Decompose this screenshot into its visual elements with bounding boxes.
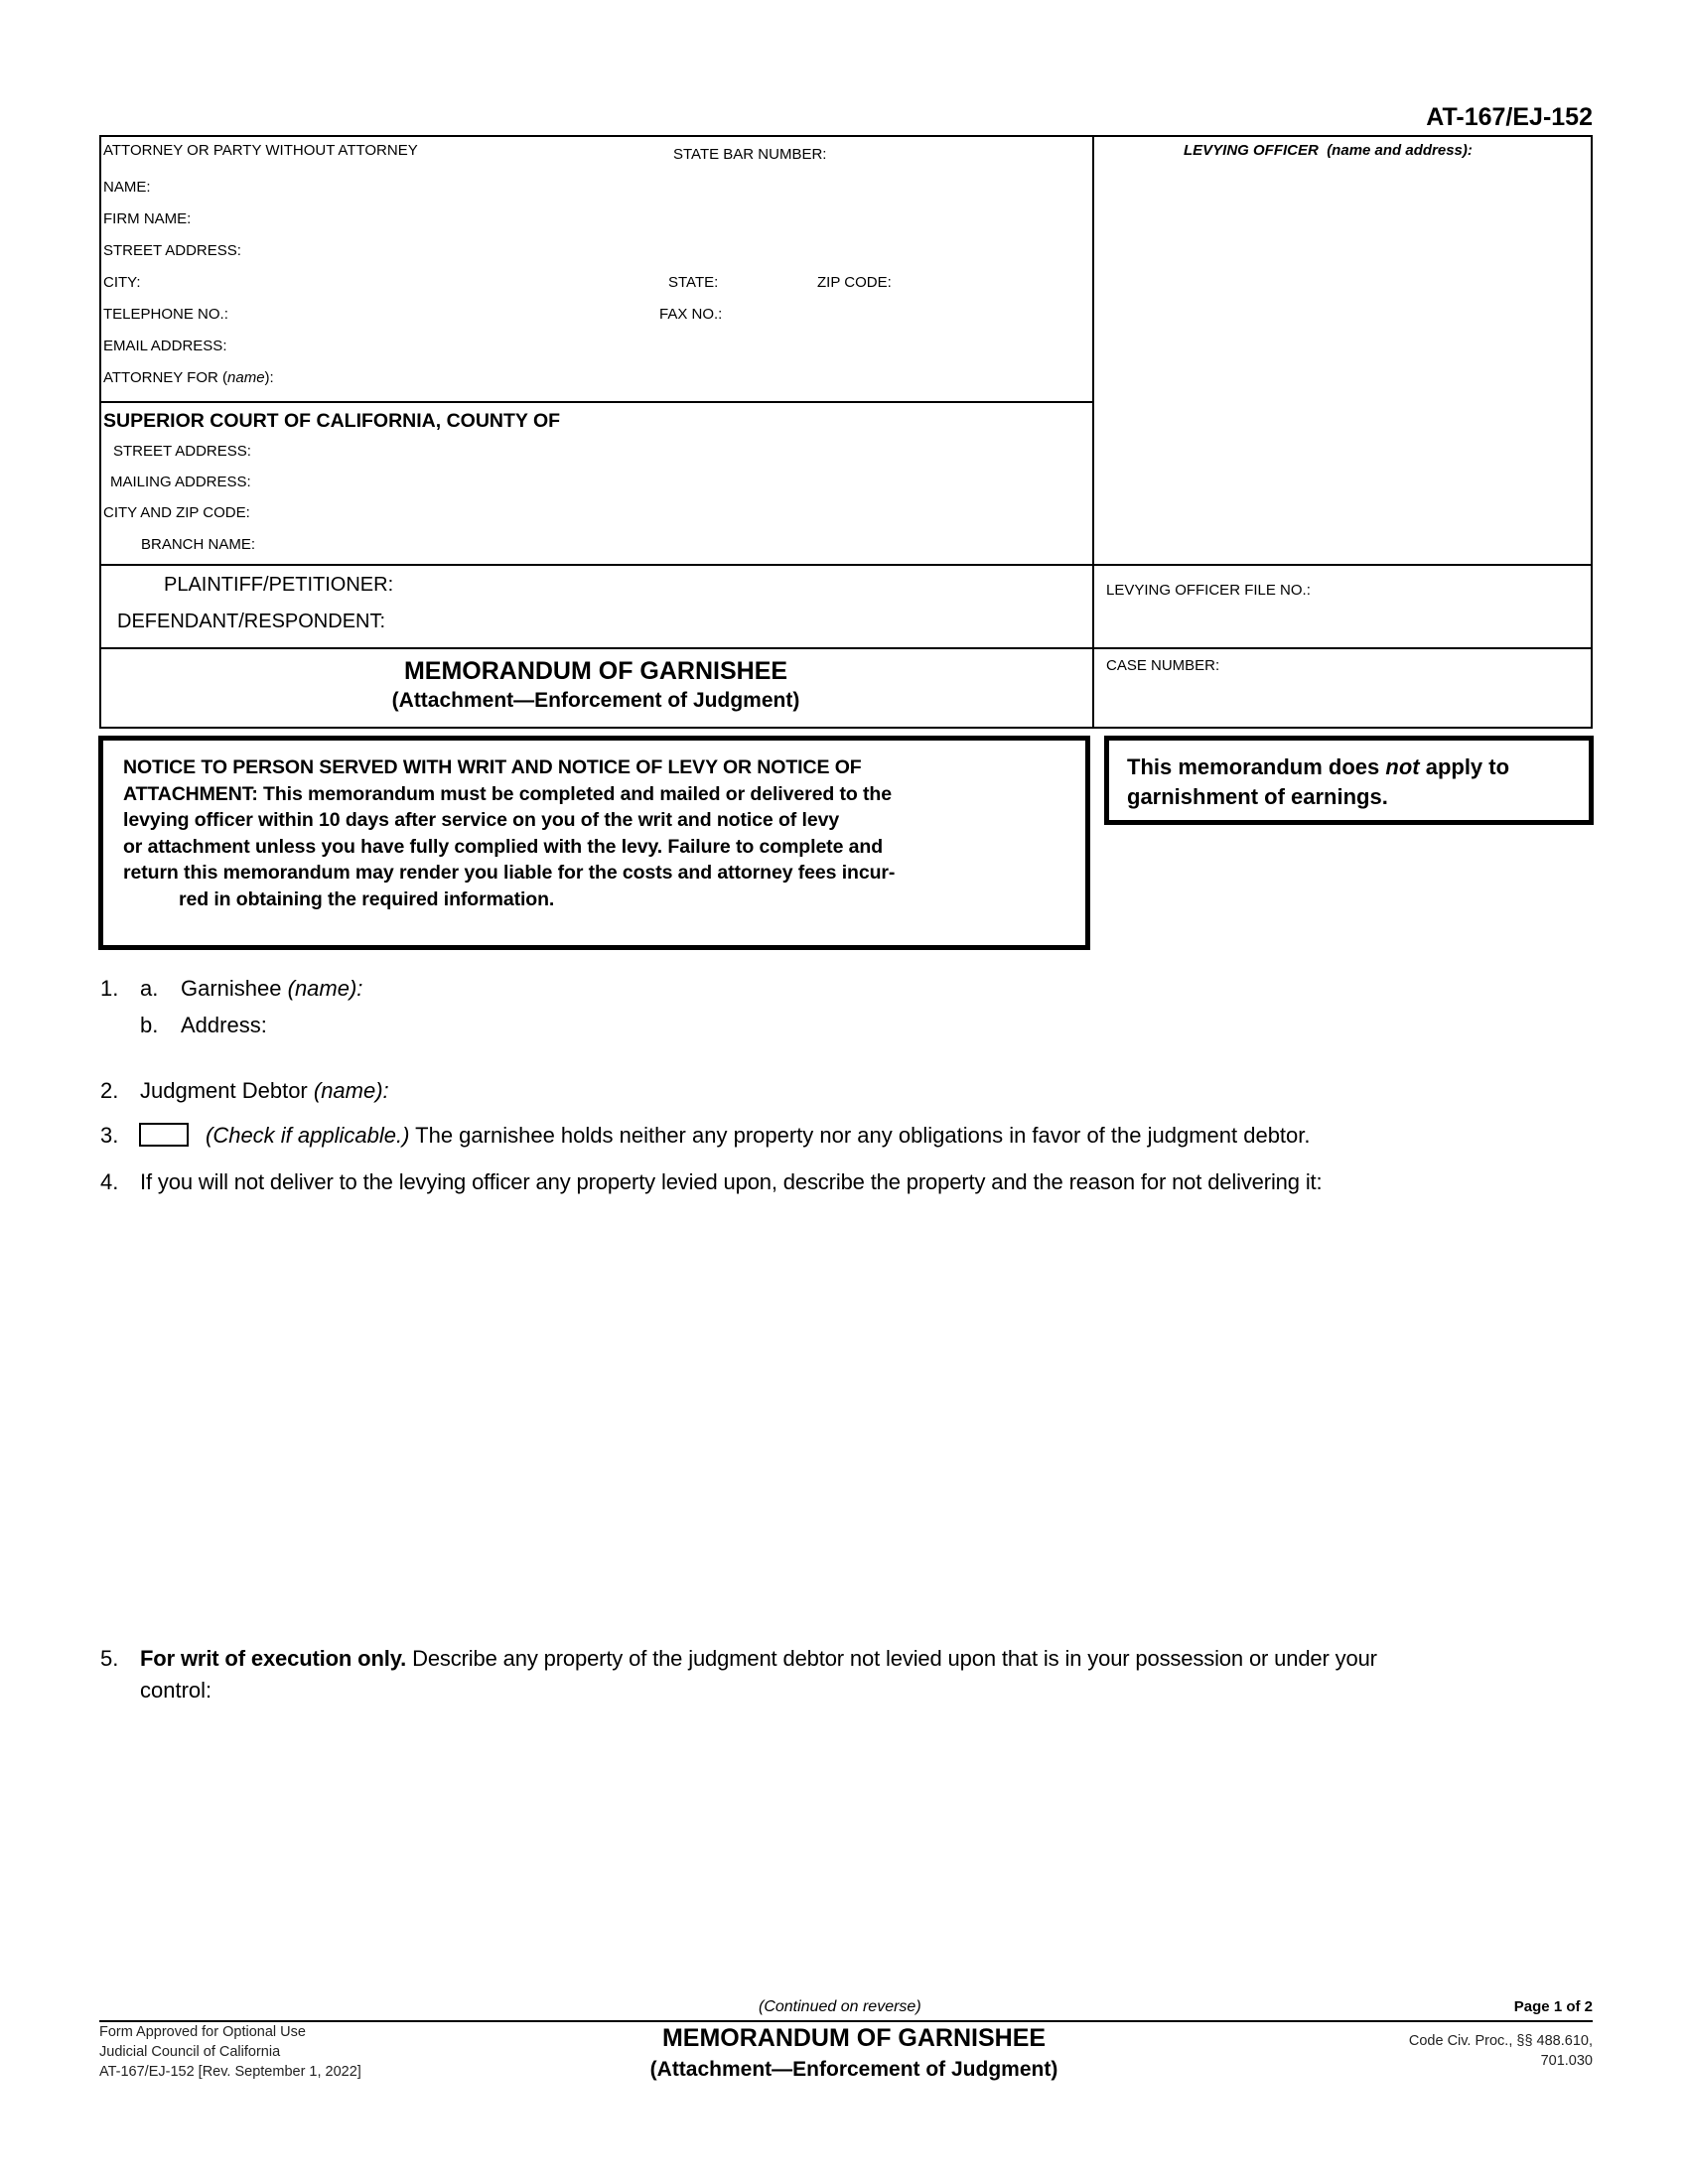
continued-note: (Continued on reverse) <box>759 1998 921 2016</box>
notice-line-3: levying officer within 10 days after ser… <box>123 807 1017 834</box>
attorney-city-input[interactable] <box>149 271 659 295</box>
earnings-notice-box: This memorandum does not apply to garnis… <box>1104 736 1594 825</box>
no-property-checkbox[interactable] <box>139 1123 189 1147</box>
fax-label: FAX NO.: <box>659 306 722 323</box>
levying-officer-heading-suffix: (name and address): <box>1327 142 1473 159</box>
attorney-state-input[interactable] <box>730 271 813 295</box>
notice-line-5: return this memorandum may render you li… <box>123 860 1017 887</box>
court-branch-input[interactable] <box>278 533 1086 557</box>
footer-rule <box>99 2020 1593 2022</box>
page-number: Page 1 of 2 <box>1514 1998 1593 2015</box>
email-label: EMAIL ADDRESS: <box>103 338 226 354</box>
form-subtitle: (Attachment—Enforcement of Judgment) <box>99 689 1092 713</box>
item-3-text: (Check if applicable.) The garnishee hol… <box>206 1123 1311 1149</box>
case-number-label: CASE NUMBER: <box>1106 657 1219 674</box>
levying-officer-input[interactable] <box>1104 167 1585 558</box>
court-branch-label: BRANCH NAME: <box>141 536 255 553</box>
header-top-border <box>99 135 1593 137</box>
telephone-label: TELEPHONE NO.: <box>103 306 228 323</box>
levying-officer-file-label: LEVYING OFFICER FILE NO.: <box>1106 582 1311 599</box>
garnishee-label-italic: (name): <box>288 976 363 1001</box>
state-bar-input[interactable] <box>854 143 1086 167</box>
header-bottom-border <box>99 727 1593 729</box>
item-5-bold: For writ of execution only. <box>140 1646 406 1671</box>
attorney-heading: ATTORNEY OR PARTY WITHOUT ATTORNEY <box>103 142 418 159</box>
item-1a-letter: a. <box>140 976 158 1002</box>
state-label: STATE: <box>668 274 718 291</box>
item-1-number: 1. <box>100 976 118 1002</box>
judgment-debtor-label: Judgment Debtor <box>140 1078 314 1103</box>
attorney-street-input[interactable] <box>260 239 1086 263</box>
code-line-2: 701.030 <box>1541 2053 1593 2069</box>
item-2-label: Judgment Debtor (name): <box>140 1078 389 1104</box>
header-column-divider <box>1092 135 1094 729</box>
garnishee-address-input[interactable] <box>288 1011 1593 1068</box>
property-not-delivered-input[interactable] <box>140 1206 1594 1627</box>
court-city-zip-label: CITY AND ZIP CODE: <box>103 504 250 521</box>
defendant-label: DEFENDANT/RESPONDENT: <box>117 611 385 633</box>
garnishee-label: Garnishee <box>181 976 288 1001</box>
earnings-notice-prefix: This memorandum does <box>1127 754 1385 779</box>
judgment-debtor-input[interactable] <box>437 1075 1593 1105</box>
form-title: MEMORANDUM OF GARNISHEE <box>99 657 1092 686</box>
earnings-notice-suffix: apply to <box>1420 754 1509 779</box>
fax-input[interactable] <box>737 303 1086 327</box>
earnings-notice-italic: not <box>1385 754 1419 779</box>
defendant-input[interactable] <box>427 609 1086 636</box>
attorney-for-italic: name <box>227 369 265 386</box>
levying-officer-file-input[interactable] <box>1106 606 1585 637</box>
court-mailing-input[interactable] <box>278 471 1086 494</box>
email-input[interactable] <box>248 335 1086 358</box>
attorney-for-label: ATTORNEY FOR (name): <box>103 369 274 386</box>
case-number-input[interactable] <box>1106 683 1585 717</box>
attorney-zip-input[interactable] <box>906 271 1086 295</box>
item-1b-letter: b. <box>140 1013 158 1038</box>
court-divider <box>99 401 1094 403</box>
header-right-border <box>1591 135 1593 729</box>
notice-box: NOTICE TO PERSON SERVED WITH WRIT AND NO… <box>98 736 1090 950</box>
attorney-for-input[interactable] <box>300 366 1086 390</box>
parties-divider <box>99 564 1593 566</box>
court-street-label: STREET ADDRESS: <box>113 443 251 460</box>
zip-label: ZIP CODE: <box>817 274 892 291</box>
notice-return-line: red in obtaining the required informatio… <box>123 887 1017 913</box>
approved-line-2: Judicial Council of California <box>99 2044 280 2060</box>
attorney-for-suffix: ): <box>265 369 274 386</box>
item-1a-label: Garnishee (name): <box>181 976 362 1002</box>
plaintiff-input[interactable] <box>427 572 1086 600</box>
item-5-number: 5. <box>100 1646 118 1672</box>
attorney-for-prefix: ATTORNEY FOR ( <box>103 369 227 386</box>
levying-officer-heading: LEVYING OFFICER (name and address): <box>1184 142 1473 159</box>
street-label: STREET ADDRESS: <box>103 242 241 259</box>
garnishee-name-input[interactable] <box>397 973 1593 1003</box>
item-3-statement: The garnishee holds neither any property… <box>409 1123 1310 1148</box>
item-5-line-2: control: <box>140 1678 211 1704</box>
firm-name-input[interactable] <box>204 207 1086 231</box>
notice-line-1: NOTICE TO PERSON SERVED WITH WRIT AND NO… <box>123 754 1017 781</box>
plaintiff-label: PLAINTIFF/PETITIONER: <box>164 574 393 597</box>
item-1b-label: Address: <box>181 1013 267 1038</box>
firm-label: FIRM NAME: <box>103 210 191 227</box>
earnings-notice-line-2: garnishment of earnings. <box>1127 784 1388 810</box>
court-mailing-label: MAILING ADDRESS: <box>110 474 251 490</box>
court-street-input[interactable] <box>278 440 1086 464</box>
footer-title: MEMORANDUM OF GARNISHEE <box>556 2024 1152 2053</box>
item-4-text: If you will not deliver to the levying o… <box>140 1169 1322 1195</box>
name-label: NAME: <box>103 179 151 196</box>
notice-line-2: ATTACHMENT: This memorandum must be comp… <box>123 781 1017 808</box>
item-3-number: 3. <box>100 1123 118 1149</box>
form-number: AT-167/EJ-152 <box>1426 103 1593 132</box>
court-heading: SUPERIOR COURT OF CALIFORNIA, COUNTY OF <box>103 410 560 433</box>
header-left-border <box>99 135 101 729</box>
code-line-1: Code Civ. Proc., §§ 488.610, <box>1409 2033 1593 2049</box>
check-if-applicable: (Check if applicable.) <box>206 1123 409 1148</box>
telephone-input[interactable] <box>248 303 649 327</box>
property-not-levied-input[interactable] <box>140 1712 1594 1994</box>
item-2-number: 2. <box>100 1078 118 1104</box>
levying-officer-heading-prefix: LEVYING OFFICER <box>1184 142 1319 159</box>
item-4-number: 4. <box>100 1169 118 1195</box>
city-label: CITY: <box>103 274 141 291</box>
county-input[interactable] <box>635 409 1086 435</box>
court-city-zip-input[interactable] <box>278 501 1086 525</box>
title-divider <box>99 647 1593 649</box>
judgment-debtor-label-italic: (name): <box>314 1078 389 1103</box>
item-5-line-1: For writ of execution only. Describe any… <box>140 1646 1377 1672</box>
approved-line-3: AT-167/EJ-152 [Rev. September 1, 2022] <box>99 2064 361 2080</box>
approved-line-1: Form Approved for Optional Use <box>99 2024 306 2040</box>
state-bar-label: STATE BAR NUMBER: <box>673 146 826 163</box>
item-5-text: Describe any property of the judgment de… <box>406 1646 1377 1671</box>
notice-line-4: or attachment unless you have fully comp… <box>123 834 1017 861</box>
earnings-notice-line-1: This memorandum does not apply to <box>1127 754 1509 780</box>
attorney-name-input[interactable] <box>159 176 1086 200</box>
footer-subtitle: (Attachment—Enforcement of Judgment) <box>556 2058 1152 2082</box>
notice-text: NOTICE TO PERSON SERVED WITH WRIT AND NO… <box>123 754 1017 912</box>
